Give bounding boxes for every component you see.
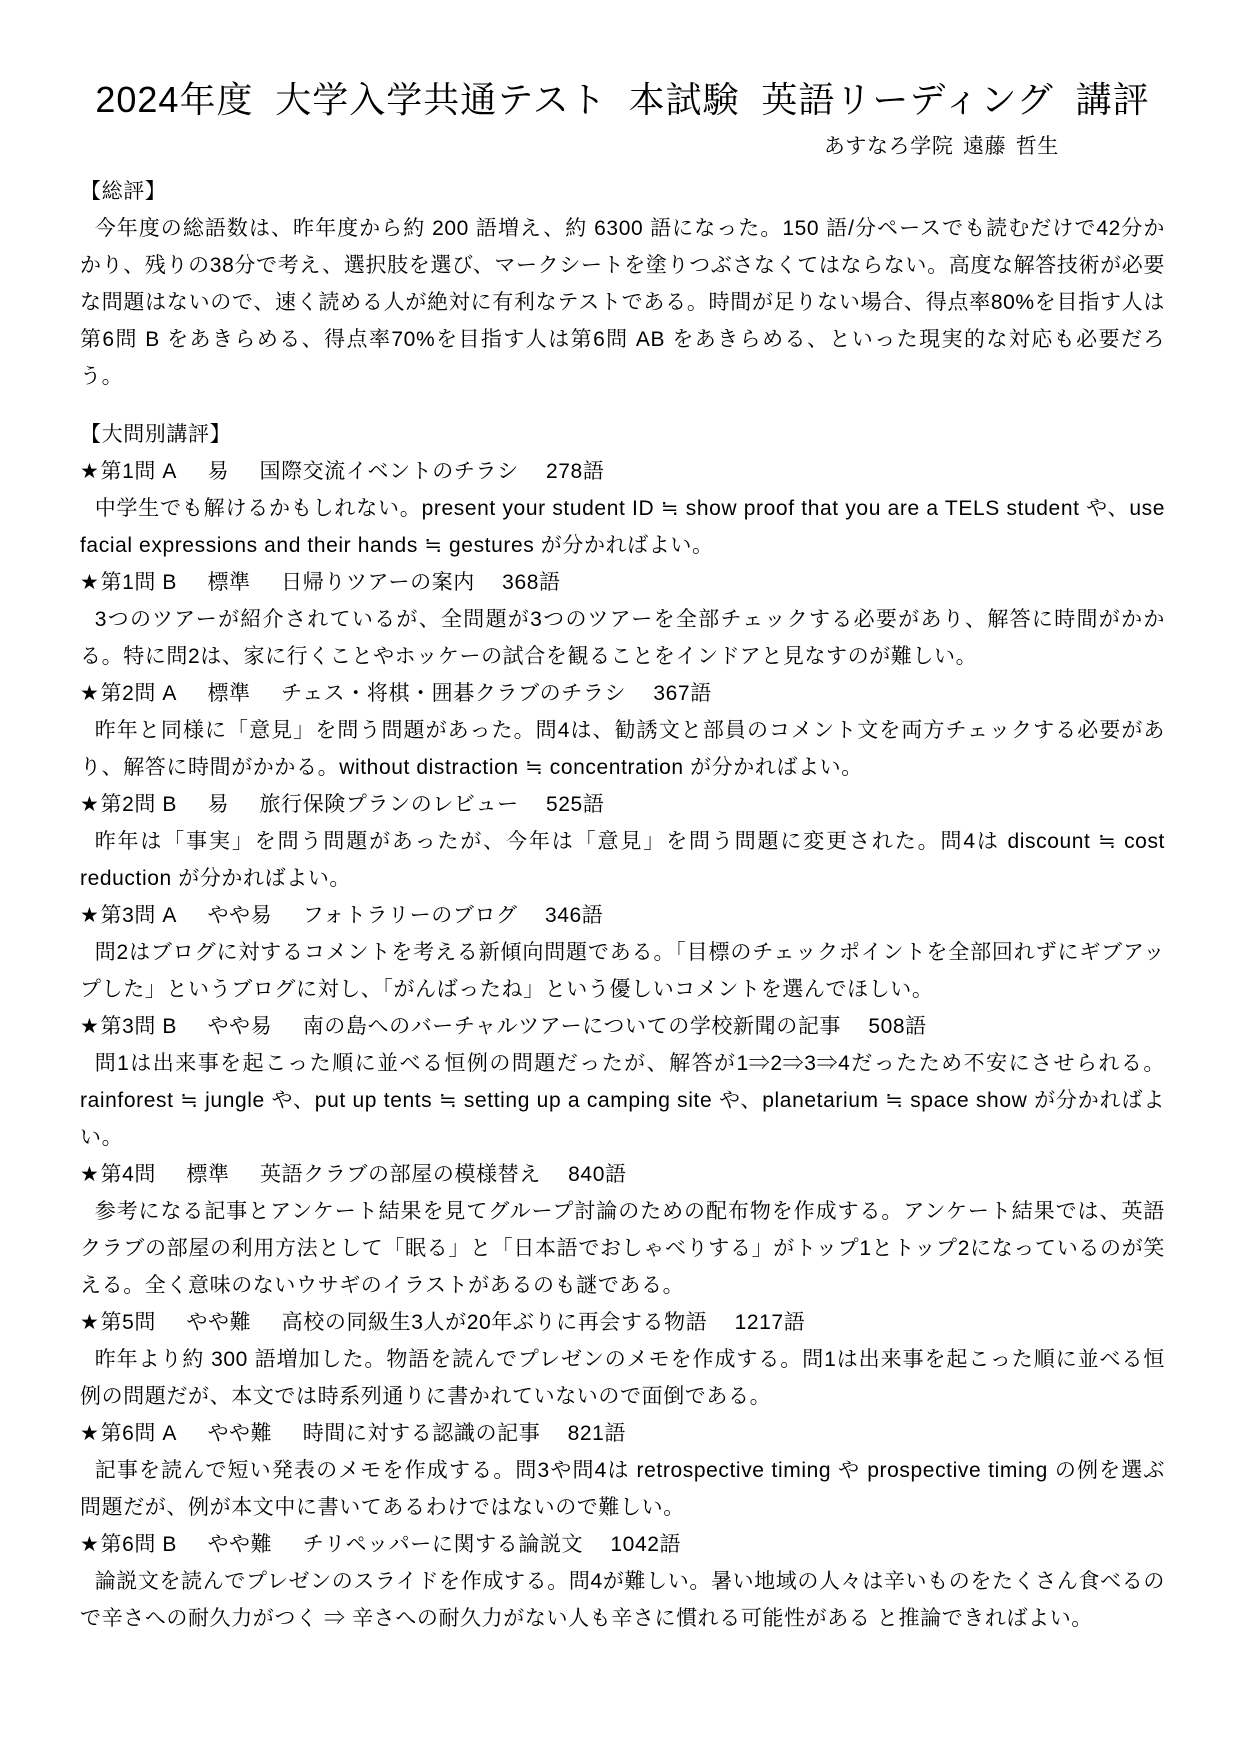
topic-label: 時間に対する認識の記事 [303,1422,541,1445]
star-icon: ★ [80,571,99,594]
star-icon: ★ [80,793,99,816]
difficulty-label: やや難 [207,1533,272,1556]
question-heading: ★第1問 B標準日帰りツアーの案内368語 [80,564,1165,601]
difficulty-label: やや難 [186,1311,251,1334]
topic-label: 日帰りツアーの案内 [281,571,475,594]
author-byline: あすなろ学院 遠藤 哲生 [80,128,1165,165]
question-heading: ★第5問やや難高校の同級生3人が20年ぶりに再会する物語1217語 [80,1304,1165,1341]
question-label: 第2問 A [100,682,177,705]
question-label: 第4問 [100,1163,155,1186]
word-count: 346語 [545,904,603,927]
question-label: 第6問 A [100,1422,177,1445]
question-heading: ★第6問 Bやや難チリペッパーに関する論説文1042語 [80,1526,1165,1563]
question-item: ★第4問標準英語クラブの部屋の模様替え840語 参考になる記事とアンケート結果を… [80,1156,1165,1304]
star-icon: ★ [80,904,99,927]
question-comment: 中学生でも解けるかもしれない。present your student ID ≒… [80,490,1165,564]
question-heading: ★第4問標準英語クラブの部屋の模様替え840語 [80,1156,1165,1193]
section-overall: 【総評】 今年度の総語数は、昨年度から約 200 語増え、約 6300 語になっ… [80,173,1165,395]
by-question-heading: 【大問別講評】 [80,416,1165,453]
difficulty-label: 標準 [207,571,250,594]
section-by-question: 【大問別講評】 ★第1問 A易国際交流イベントのチラシ278語 中学生でも解ける… [80,416,1165,1637]
question-heading: ★第2問 A標準チェス・将棋・囲碁クラブのチラシ367語 [80,675,1165,712]
question-comment: 参考になる記事とアンケート結果を見てグループ討論のための配布物を作成する。アンケ… [80,1193,1165,1304]
question-heading: ★第2問 B易旅行保険プランのレビュー525語 [80,786,1165,823]
word-count: 367語 [653,682,711,705]
question-label: 第1問 A [100,460,177,483]
question-item: ★第3問 Aやや易フォトラリーのブログ346語 問2はブログに対するコメントを考… [80,897,1165,1008]
star-icon: ★ [80,682,99,705]
topic-label: フォトラリーのブログ [303,904,518,927]
question-label: 第1問 B [100,571,177,594]
question-item: ★第3問 Bやや易南の島へのバーチャルツアーについての学校新聞の記事508語 問… [80,1008,1165,1156]
difficulty-label: 易 [207,793,229,816]
overall-heading: 【総評】 [80,173,1165,210]
question-heading: ★第1問 A易国際交流イベントのチラシ278語 [80,453,1165,490]
question-item: ★第6問 Bやや難チリペッパーに関する論説文1042語 論説文を読んでプレゼンの… [80,1526,1165,1637]
question-label: 第3問 B [100,1015,177,1038]
question-comment: 昨年より約 300 語増加した。物語を読んでプレゼンのメモを作成する。問1は出来… [80,1341,1165,1415]
question-label: 第3問 A [100,904,177,927]
word-count: 368語 [502,571,560,594]
difficulty-label: 標準 [207,682,250,705]
question-item: ★第5問やや難高校の同級生3人が20年ぶりに再会する物語1217語 昨年より約 … [80,1304,1165,1415]
star-icon: ★ [80,1015,99,1038]
difficulty-label: やや易 [207,904,272,927]
topic-label: 高校の同級生3人が20年ぶりに再会する物語 [282,1311,708,1334]
question-comment: 問2はブログに対するコメントを考える新傾向問題である。「目標のチェックポイントを… [80,934,1165,1008]
topic-label: チェス・将棋・囲碁クラブのチラシ [281,682,626,705]
question-label: 第6問 B [100,1533,177,1556]
star-icon: ★ [80,1422,99,1445]
word-count: 525語 [546,793,604,816]
question-item: ★第1問 B標準日帰りツアーの案内368語 3つのツアーが紹介されているが、全問… [80,564,1165,675]
question-comment: 問1は出来事を起こった順に並べる恒例の問題だったが、解答が1⇒2⇒3⇒4だったた… [80,1045,1165,1156]
topic-label: 旅行保険プランのレビュー [260,793,519,816]
question-comment: 3つのツアーが紹介されているが、全問題が3つのツアーを全部チェックする必要があり… [80,601,1165,675]
topic-label: チリペッパーに関する論説文 [303,1533,583,1556]
difficulty-label: 標準 [186,1163,229,1186]
question-heading: ★第3問 Aやや易フォトラリーのブログ346語 [80,897,1165,934]
page-title: 2024年度 大学入学共通テスト 本試験 英語リーディング 講評 [80,76,1165,124]
word-count: 840語 [568,1163,626,1186]
question-item: ★第1問 A易国際交流イベントのチラシ278語 中学生でも解けるかもしれない。p… [80,453,1165,564]
question-comment: 記事を読んで短い発表のメモを作成する。問3や問4は retrospective … [80,1452,1165,1526]
difficulty-label: やや難 [207,1422,272,1445]
word-count: 821語 [568,1422,626,1445]
word-count: 508語 [868,1015,926,1038]
question-comment: 論説文を読んでプレゼンのスライドを作成する。問4が難しい。暑い地域の人々は辛いも… [80,1563,1165,1637]
difficulty-label: やや易 [207,1015,272,1038]
word-count: 1042語 [610,1533,681,1556]
question-item: ★第2問 B易旅行保険プランのレビュー525語 昨年は「事実」を問う問題があった… [80,786,1165,897]
topic-label: 国際交流イベントのチラシ [260,460,519,483]
star-icon: ★ [80,1311,99,1334]
word-count: 278語 [546,460,604,483]
difficulty-label: 易 [207,460,229,483]
question-item: ★第6問 Aやや難時間に対する認識の記事821語 記事を読んで短い発表のメモを作… [80,1415,1165,1526]
topic-label: 英語クラブの部屋の模様替え [260,1163,541,1186]
star-icon: ★ [80,460,99,483]
question-label: 第5問 [100,1311,155,1334]
star-icon: ★ [80,1533,99,1556]
question-comment: 昨年と同様に「意見」を問う問題があった。問4は、勧誘文と部員のコメント文を両方チ… [80,712,1165,786]
question-comment: 昨年は「事実」を問う問題があったが、今年は「意見」を問う問題に変更された。問4は… [80,823,1165,897]
document-page: 2024年度 大学入学共通テスト 本試験 英語リーディング 講評 あすなろ学院 … [0,0,1241,1755]
question-item: ★第2問 A標準チェス・将棋・囲碁クラブのチラシ367語 昨年と同様に「意見」を… [80,675,1165,786]
question-heading: ★第6問 Aやや難時間に対する認識の記事821語 [80,1415,1165,1452]
word-count: 1217語 [735,1311,806,1334]
star-icon: ★ [80,1163,99,1186]
question-heading: ★第3問 Bやや易南の島へのバーチャルツアーについての学校新聞の記事508語 [80,1008,1165,1045]
question-label: 第2問 B [100,793,177,816]
topic-label: 南の島へのバーチャルツアーについての学校新聞の記事 [303,1015,841,1038]
overall-body-text: 今年度の総語数は、昨年度から約 200 語増え、約 6300 語になった。150… [80,210,1165,395]
